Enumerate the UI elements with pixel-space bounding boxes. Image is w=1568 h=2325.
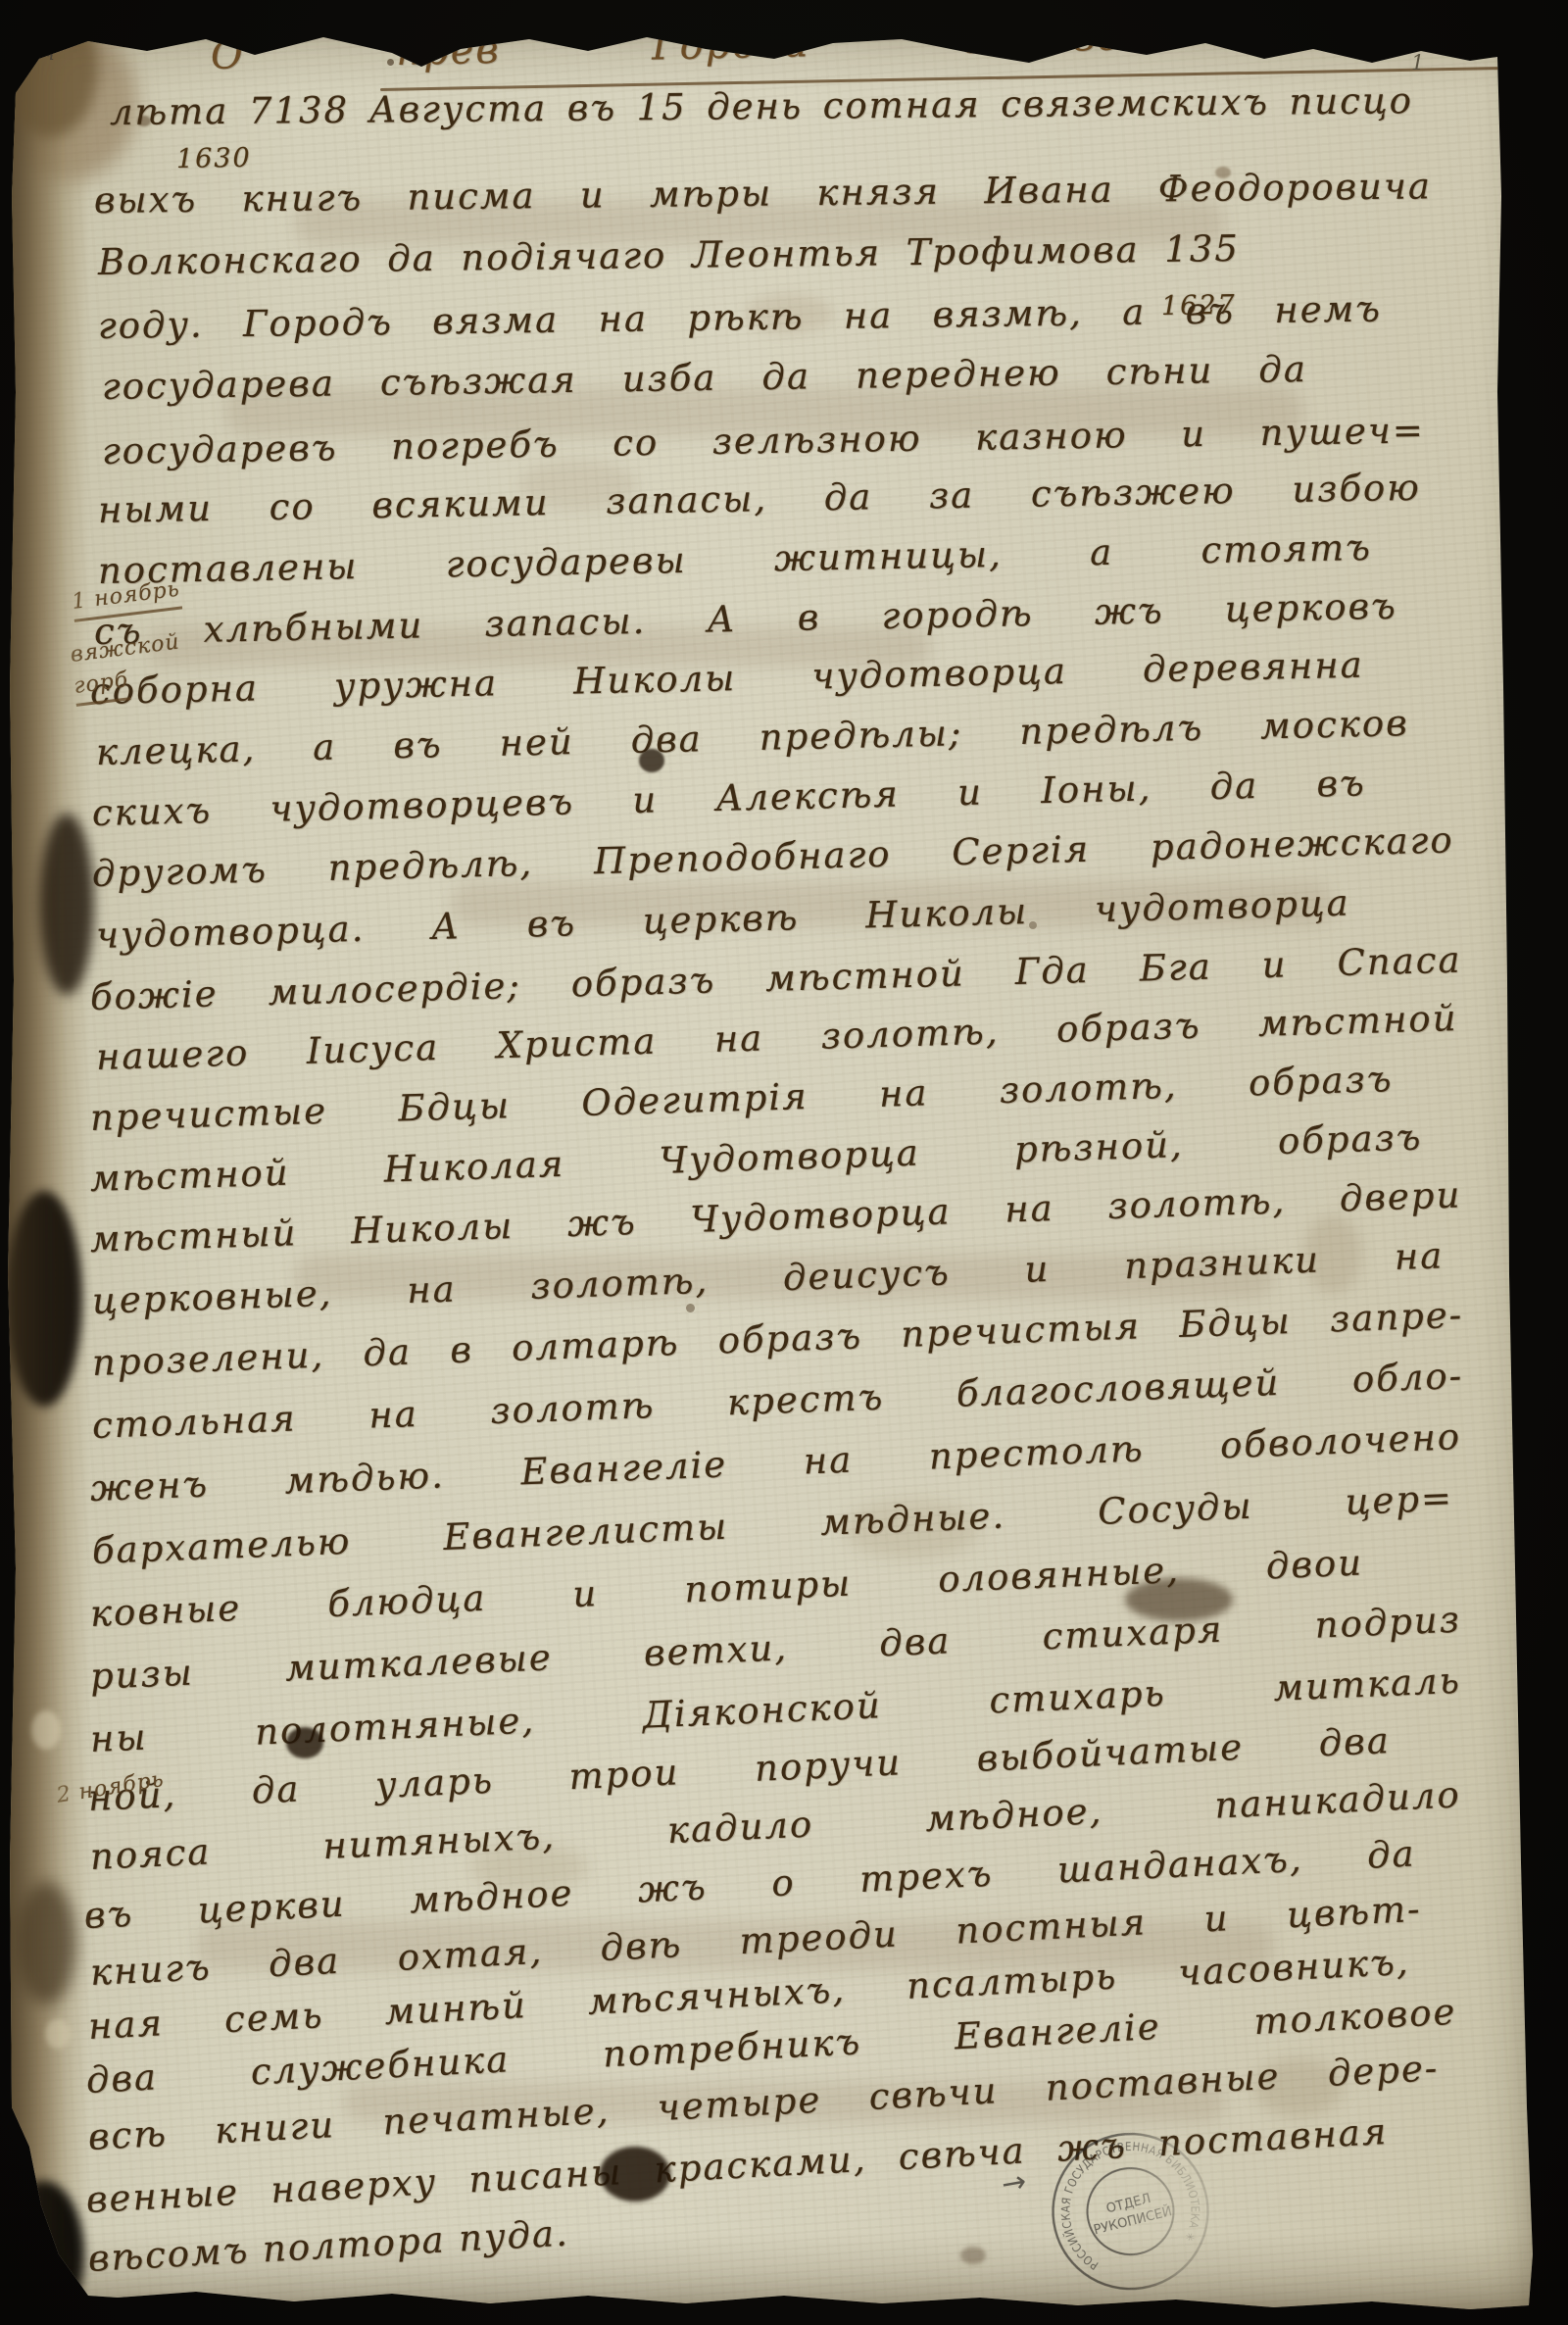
manuscript-line: государева съѣзжая изба да переднею сѣни… — [102, 347, 1308, 410]
manuscript-line: поставлены государевы житницы, а стоятъ — [98, 525, 1373, 594]
manuscript-scan: О прев Города вязмвелѣта 7138 Августа въ… — [0, 0, 1568, 2325]
manuscript-line: году. Городъ вязма на рѣкѣ на вязмѣ, а в… — [98, 286, 1382, 349]
interlinear-year: 1630 — [176, 136, 253, 182]
manuscript-line: выхъ книгъ писма и мѣры князя Ивана Феод… — [94, 164, 1432, 223]
manuscript-line: лѣта 7138 Августа въ 15 день сотная связ… — [110, 78, 1413, 135]
folio-number: 1 — [1411, 51, 1424, 74]
manuscript-page: О прев Города вязмвелѣта 7138 Августа въ… — [0, 0, 1568, 2325]
manuscript-line: Волконскаго да подіячаго Леонтья Трофимо… — [98, 226, 1240, 285]
margin-note: горб — [73, 668, 130, 707]
manuscript-line: соборна уружна Николы чудотворца деревян… — [90, 643, 1365, 715]
manuscript-line: съ хлѣбными запасы. А в городѣ жъ церков… — [94, 584, 1398, 655]
page-heading: О прев Города вязмве — [211, 15, 1123, 78]
text-layer: О прев Города вязмвелѣта 7138 Августа въ… — [0, 0, 1568, 2325]
margin-note: вяжской — [69, 629, 181, 668]
manuscript-line: государевъ погребъ со зелѣзною казною и … — [102, 408, 1426, 474]
manuscript-line: вѣсомъ полтора пуда. — [87, 2211, 570, 2282]
manuscript-line: ными со всякими запасы, да за съѣзжею из… — [98, 466, 1422, 533]
corner-mark: ч — [43, 43, 55, 65]
